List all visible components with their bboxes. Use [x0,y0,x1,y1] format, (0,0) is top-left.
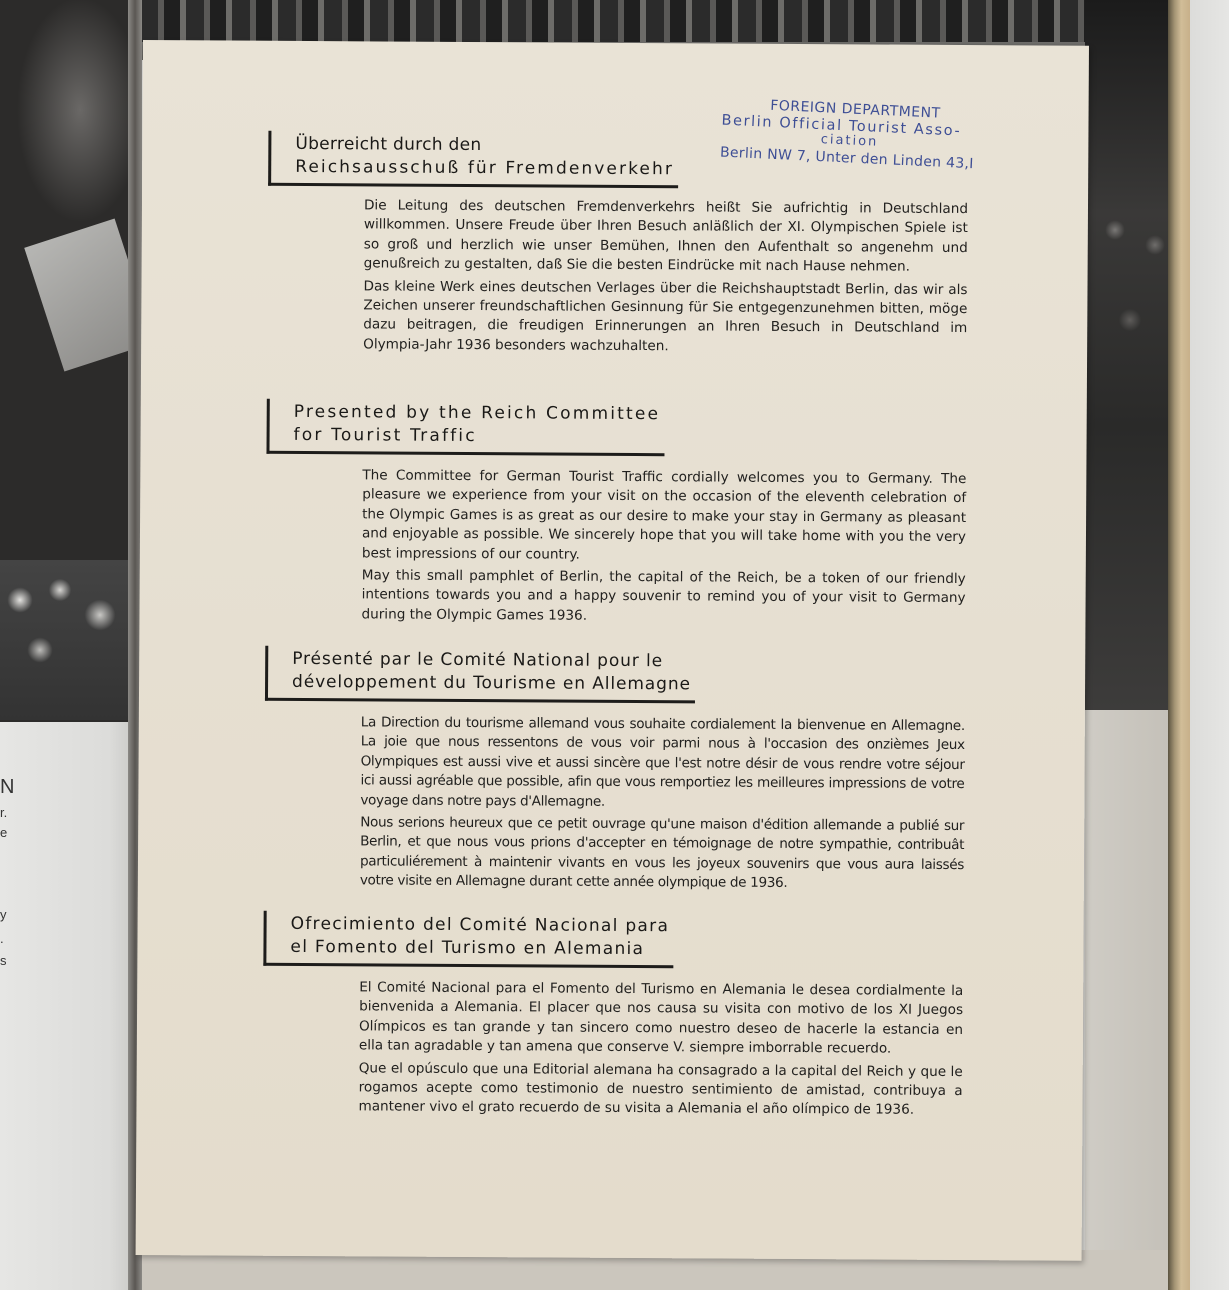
paragraph: Die Leitung des deutschen Fremdenverkehr… [364,196,968,277]
book-left-page: N r. e y . s [0,722,136,1290]
paragraph: The Committee for German Tourist Traffic… [362,466,967,567]
paragraph: May this small pamphlet of Berlin, the c… [361,566,965,628]
heading-line-1: Ofrecimiento del Comité Nacional para [291,913,670,938]
book-right-page [1085,710,1173,1286]
left-page-text-fragment: e [0,826,7,840]
heading-line-2: développement du Tourisme en Allemagne [292,671,691,696]
heading-line-2: Reichsausschuß für Fremdenverkehr [295,156,674,181]
heading-line-2: el Fomento del Turismo en Alemania [290,936,669,961]
section-french: Présenté par le Comité National pour le … [264,646,970,898]
section-heading: Présenté par le Comité National pour le … [265,646,695,704]
heading-line-2: for Tourist Traffic [294,424,661,449]
section-heading: Überreicht durch den Reichsausschuß für … [268,131,678,189]
paragraph: Nous serions heureux que ce petit ouvrag… [360,813,964,894]
left-page-text-fragment: y [0,908,7,922]
paragraph: El Comité Nacional para el Fomento del T… [359,978,963,1059]
section-body: La Direction du tourisme allemand vous s… [360,713,965,894]
photo-flowers [0,560,140,720]
book-left-photograph [0,0,140,722]
welcome-insert-card: FOREIGN DEPARTMENT Berlin Official Touri… [136,40,1089,1261]
table-surface [1190,0,1229,1290]
section-german: Überreicht durch den Reichsausschuß für … [267,131,973,362]
left-page-text-fragment: r. [0,806,7,820]
paragraph: Que el opúsculo que una Editorial aleman… [358,1059,962,1121]
heading-line-1: Überreicht durch den [295,133,674,158]
heading-line-1: Presented by the Reich Committee [294,401,661,426]
paragraph: La Direction du tourisme allemand vous s… [360,713,965,814]
left-page-text-fragment: N [0,780,14,794]
heading-line-1: Présenté par le Comité National pour le [292,648,691,673]
section-body: El Comité Nacional para el Fomento del T… [358,978,963,1121]
left-page-text-fragment: . [0,932,4,946]
book-right-photograph [1085,0,1173,710]
left-page-text-fragment: s [0,954,7,968]
section-heading: Ofrecimiento del Comité Nacional para el… [263,911,673,969]
book-page-edges [1168,0,1190,1290]
section-english: Presented by the Reich Committee for Tou… [265,399,971,632]
section-body: Die Leitung des deutschen Fremdenverkehr… [363,196,968,358]
paragraph: Das kleine Werk eines deutschen Verlages… [363,277,967,358]
section-heading: Presented by the Reich Committee for Tou… [266,399,664,456]
section-body: The Committee for German Tourist Traffic… [361,466,966,628]
section-spanish: Ofrecimiento del Comité Nacional para el… [262,911,968,1124]
